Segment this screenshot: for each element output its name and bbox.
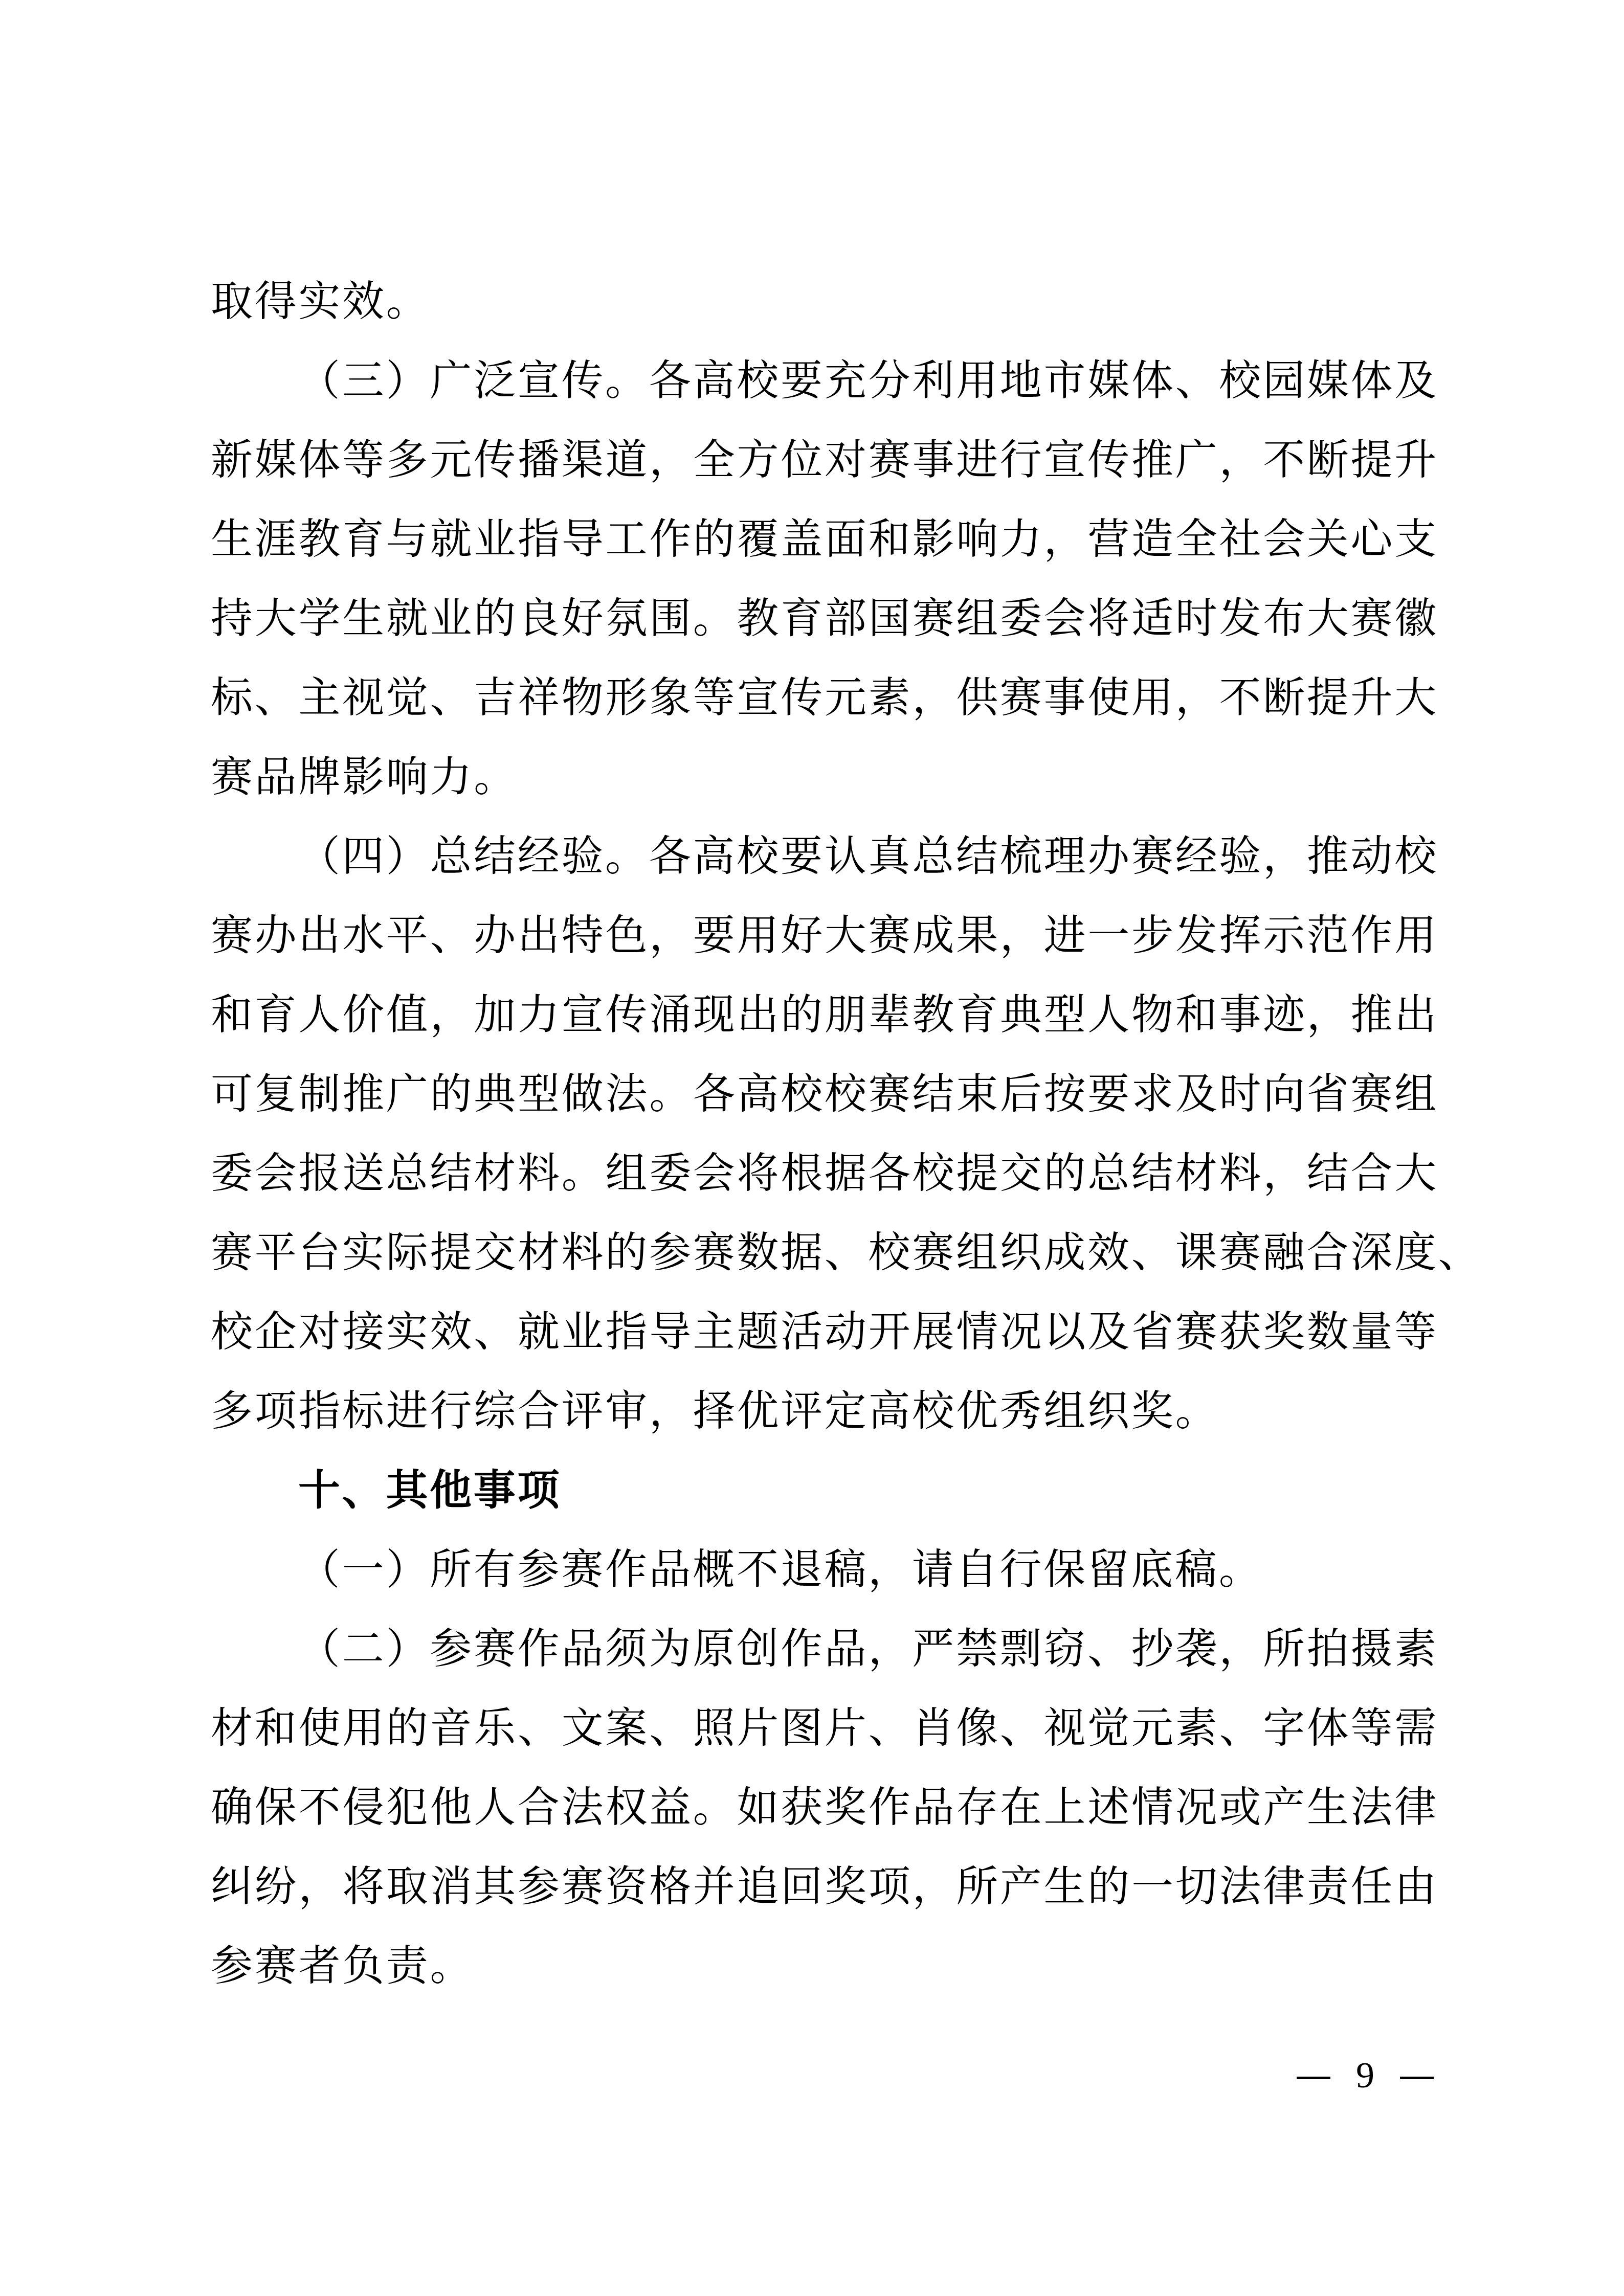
text-line: 新媒体等多元传播渠道，全方位对赛事进行宣传推广，不断提升 xyxy=(211,432,1438,488)
paragraph-item-two-start: （二）参赛作品须为原创作品，严禁剽窃、抄袭，所拍摄素 xyxy=(298,1621,1438,1677)
page-number: 9 xyxy=(1356,2047,1374,2103)
text-line: 材和使用的音乐、文案、照片图片、肖像、视觉元素、字体等需 xyxy=(211,1700,1438,1757)
dash-right-decoration xyxy=(1400,2077,1434,2079)
text-line: 可复制推广的典型做法。各高校校赛结束后按要求及时向省赛组 xyxy=(211,1066,1438,1122)
text-line: 参赛者负责。 xyxy=(211,1938,1438,1994)
text-line: 赛品牌影响力。 xyxy=(211,749,1438,805)
text-line-continuation: 取得实效。 xyxy=(211,274,1438,330)
paragraph-publicity-start: （三）广泛宣传。各高校要充分利用地市媒体、校园媒体及 xyxy=(298,353,1438,409)
document-page: 取得实效。 （三）广泛宣传。各高校要充分利用地市媒体、校园媒体及 新媒体等多元传… xyxy=(0,0,1624,2296)
text-line: 纠纷，将取消其参赛资格并追回奖项，所产生的一切法律责任由 xyxy=(211,1859,1438,1915)
paragraph-summary-start: （四）总结经验。各高校要认真总结梳理办赛经验，推动校 xyxy=(298,828,1438,885)
text-line: 委会报送总结材料。组委会将根据各校提交的总结材料，结合大 xyxy=(211,1145,1438,1202)
text-line: 赛办出水平、办出特色，要用好大赛成果，进一步发挥示范作用 xyxy=(211,908,1438,964)
text-line: 和育人价值，加力宣传涌现出的朋辈教育典型人物和事迹，推出 xyxy=(211,987,1438,1043)
text-line: 持大学生就业的良好氛围。教育部国赛组委会将适时发布大赛徽 xyxy=(211,591,1438,647)
text-line: 标、主视觉、吉祥物形象等宣传元素，供赛事使用，不断提升大 xyxy=(211,670,1438,726)
text-line: 多项指标进行综合评审，择优评定高校优秀组织奖。 xyxy=(211,1383,1438,1439)
text-line: 校企对接实效、就业指导主题活动开展情况以及省赛获奖数量等 xyxy=(211,1304,1438,1360)
text-line: 赛平台实际提交材料的参赛数据、校赛组织成效、课赛融合深度、 xyxy=(211,1225,1438,1281)
dash-left-decoration xyxy=(1297,2077,1330,2079)
text-line: 确保不侵犯他人合法权益。如获奖作品存在上述情况或产生法律 xyxy=(211,1780,1438,1836)
text-line: 生涯教育与就业指导工作的覆盖面和影响力，营造全社会关心支 xyxy=(211,511,1438,568)
section-heading-other-matters: 十、其他事项 xyxy=(298,1462,561,1519)
page-number-footer: 9 xyxy=(1297,2047,1434,2103)
paragraph-item-one: （一）所有参赛作品概不退稿，请自行保留底稿。 xyxy=(298,1542,1438,1598)
